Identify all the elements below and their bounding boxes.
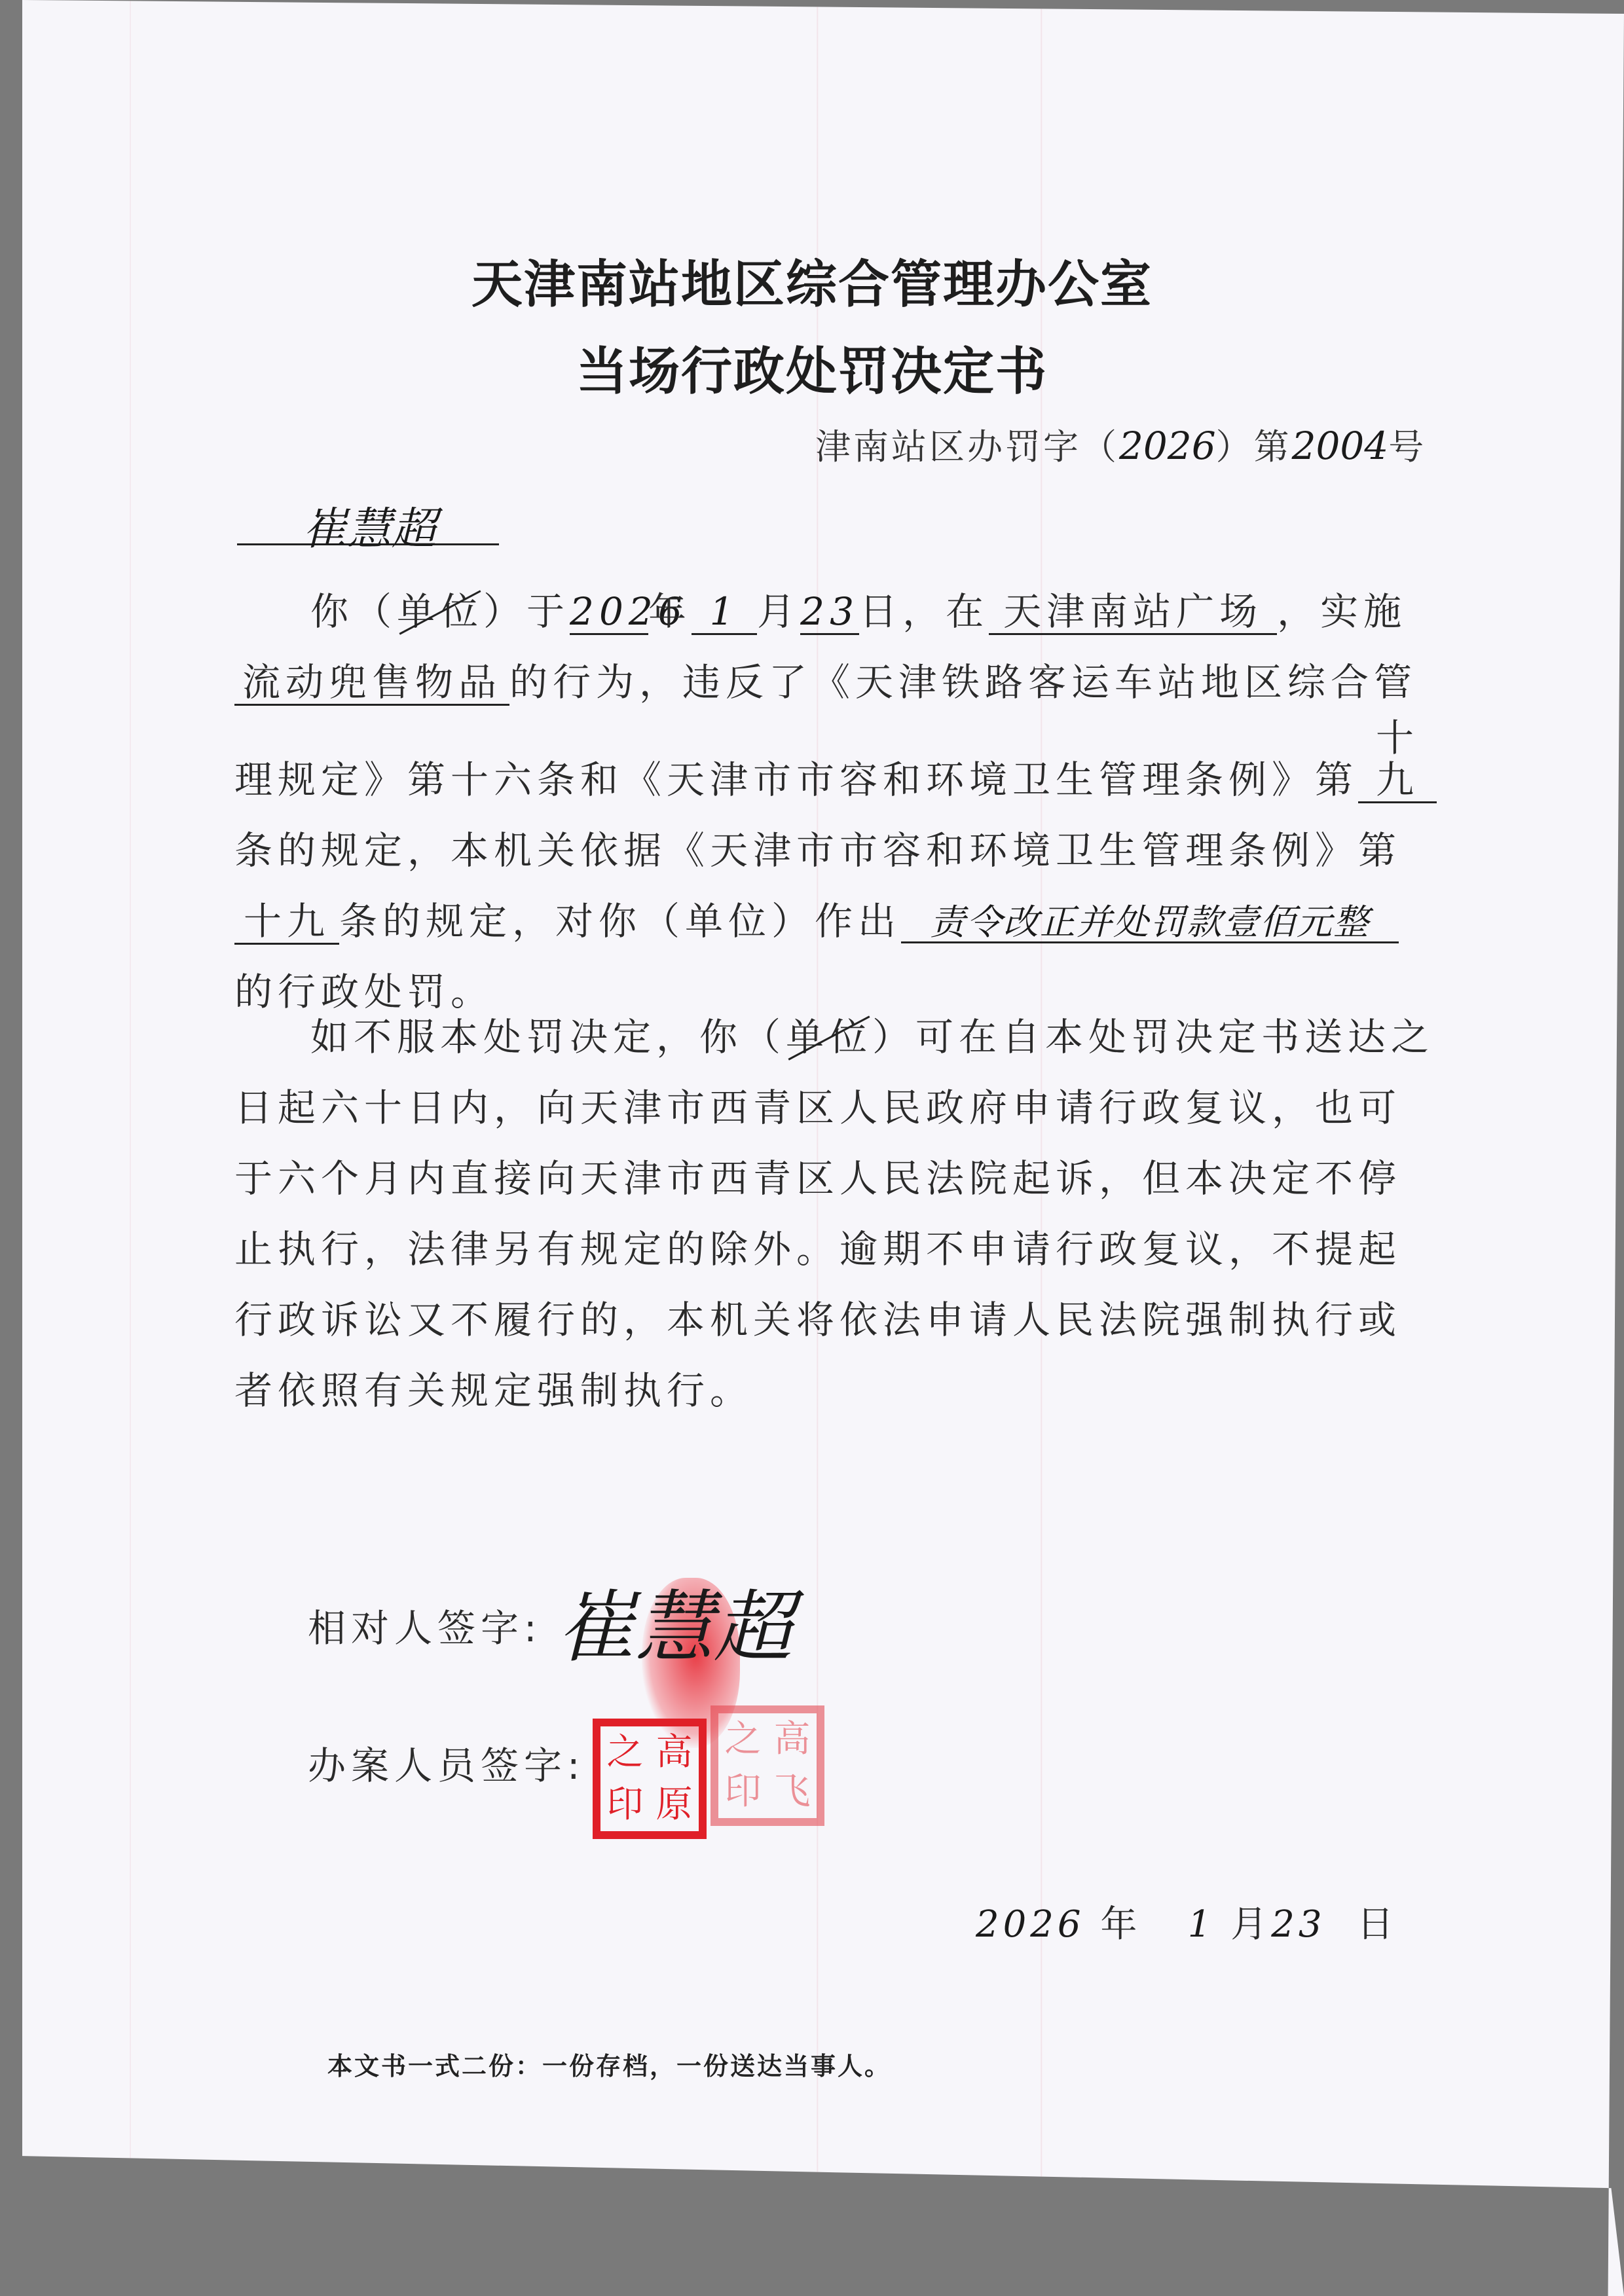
document-title: 当场行政处罚决定书: [0, 331, 1624, 404]
violation-day: 23: [800, 591, 859, 635]
doc-number-prefix: 津南站区办罚字（: [815, 426, 1119, 467]
officer-signature-label: 办案人员签字:: [308, 1735, 585, 1790]
basis-article: 十九: [234, 901, 339, 945]
appeal-paragraph: 如不服本处罚决定，你（单位）可在自本处罚决定书送达之日起六十日内，向天津市西青区…: [234, 1002, 1439, 1426]
officer-seal-gaoyuan: 之高印原: [593, 1719, 707, 1839]
doc-number-mid: ）第: [1216, 426, 1292, 467]
violation-location: 天津南站广场: [989, 591, 1277, 635]
document-number: 津南站区办罚字（2026）第2004号: [815, 419, 1426, 469]
party-name: 崔慧超: [303, 494, 436, 557]
party-signature: 崔慧超: [557, 1565, 792, 1677]
struck-unit: 单位: [786, 1002, 872, 1072]
violation-year: 2026: [570, 591, 648, 635]
party-name-field: 崔慧超: [237, 498, 499, 545]
org-title: 天津南站地区综合管理办公室: [0, 244, 1624, 317]
footer-note: 本文书一式二份：一份存档，一份送达当事人。: [327, 2046, 891, 2082]
issue-date: 2026 年 1 月23 日: [976, 1895, 1397, 1948]
decision-paragraph: 你（单位）于2026年1月23日，在天津南站广场，实施流动兜售物品的行为，违反了…: [234, 576, 1439, 1027]
struck-unit: 单位: [397, 576, 483, 647]
violation-month: 1: [692, 591, 757, 635]
violated-article: 十九: [1358, 718, 1437, 803]
doc-number-suffix: 号: [1388, 426, 1426, 467]
doc-number-value: 2004: [1292, 424, 1389, 468]
penalty-content: 责令改正并处罚款壹佰元整: [901, 903, 1399, 943]
violation-act: 流动兜售物品: [234, 662, 509, 706]
party-signature-label: 相对人签字:: [308, 1597, 542, 1652]
doc-number-year: 2026: [1119, 424, 1216, 468]
officer-seal-gaofei: 之高印飞: [710, 1705, 824, 1826]
